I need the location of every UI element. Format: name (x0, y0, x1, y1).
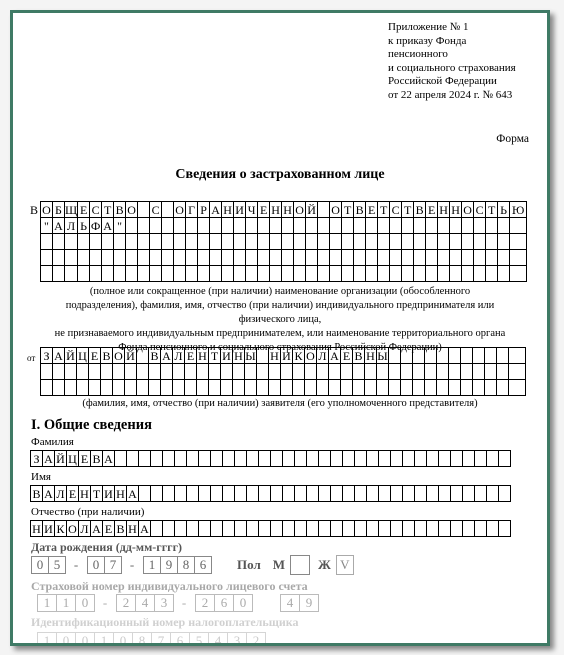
grid-cell[interactable] (162, 202, 174, 218)
grid-cell[interactable] (259, 451, 271, 467)
grid-cell[interactable]: В (114, 202, 126, 218)
grid-cell[interactable] (125, 364, 137, 380)
grid-cell[interactable] (53, 364, 65, 380)
grid-cell[interactable] (198, 266, 210, 282)
grid-cell[interactable] (269, 364, 281, 380)
grid-cell[interactable] (41, 250, 53, 266)
grid-cell[interactable] (138, 202, 150, 218)
digit-cell[interactable]: 0 (233, 594, 253, 612)
grid-cell[interactable]: В (354, 202, 366, 218)
grid-cell[interactable] (390, 266, 402, 282)
grid-cell[interactable] (281, 380, 293, 396)
grid-cell[interactable] (426, 250, 438, 266)
grid-cell[interactable] (233, 364, 245, 380)
grid-cell[interactable] (413, 364, 425, 380)
digit-cell[interactable]: 0 (75, 632, 95, 646)
grid-cell[interactable] (390, 218, 402, 234)
grid-cell[interactable] (487, 521, 499, 537)
grid-cell[interactable] (414, 250, 426, 266)
grid-cell[interactable] (329, 380, 341, 396)
grid-cell[interactable] (235, 521, 247, 537)
sex-f-checkbox[interactable]: V (336, 555, 354, 575)
grid-cell[interactable]: И (103, 486, 115, 502)
grid-cell[interactable] (366, 218, 378, 234)
grid-cell[interactable]: И (221, 348, 233, 364)
grid-cell[interactable]: В (91, 451, 103, 467)
grid-cell[interactable] (101, 380, 113, 396)
grid-cell[interactable] (473, 348, 485, 364)
grid-cell[interactable] (163, 451, 175, 467)
grid-cell[interactable] (475, 521, 487, 537)
grid-cell[interactable] (306, 234, 318, 250)
grid-cell[interactable]: Е (185, 348, 197, 364)
grid-cell[interactable] (341, 380, 353, 396)
grid-cell[interactable] (391, 451, 403, 467)
grid-cell[interactable] (210, 234, 222, 250)
digit-cell[interactable]: 6 (194, 556, 212, 574)
grid-cell[interactable] (379, 486, 391, 502)
grid-cell[interactable] (342, 234, 354, 250)
grid-cell[interactable]: Н (115, 486, 127, 502)
grid-cell[interactable]: А (43, 451, 55, 467)
grid-cell[interactable] (222, 218, 234, 234)
grid-cell[interactable] (258, 250, 270, 266)
grid-cell[interactable] (402, 234, 414, 250)
grid-cell[interactable] (78, 250, 90, 266)
grid-cell[interactable]: О (126, 202, 138, 218)
grid-cell[interactable]: Н (270, 202, 282, 218)
grid-cell[interactable] (223, 521, 235, 537)
grid-cell[interactable] (438, 250, 450, 266)
grid-cell[interactable] (210, 266, 222, 282)
grid-cell[interactable] (367, 451, 379, 467)
grid-cell[interactable]: А (53, 348, 65, 364)
grid-cell[interactable] (379, 451, 391, 467)
grid-cell[interactable] (294, 218, 306, 234)
grid-cell[interactable] (139, 486, 151, 502)
grid-cell[interactable] (485, 380, 497, 396)
grid-cell[interactable] (342, 266, 354, 282)
grid-cell[interactable] (223, 486, 235, 502)
grid-cell[interactable] (222, 250, 234, 266)
grid-cell[interactable]: В (101, 348, 113, 364)
grid-cell[interactable] (138, 234, 150, 250)
grid-cell[interactable]: А (210, 202, 222, 218)
grid-cell[interactable] (161, 364, 173, 380)
grid-cell[interactable] (139, 451, 151, 467)
grid-cell[interactable] (474, 250, 486, 266)
grid-cell[interactable] (498, 218, 510, 234)
grid-cell[interactable] (162, 218, 174, 234)
inn-field[interactable]: 100108765432 (37, 632, 265, 646)
grid-cell[interactable] (199, 521, 211, 537)
digit-cell[interactable]: 0 (113, 632, 133, 646)
grid-cell[interactable] (427, 451, 439, 467)
grid-cell[interactable] (150, 250, 162, 266)
grid-cell[interactable] (114, 250, 126, 266)
grid-cell[interactable]: К (55, 521, 67, 537)
grid-cell[interactable] (257, 364, 269, 380)
grid-cell[interactable] (187, 521, 199, 537)
snils-checksum[interactable]: 49 (280, 594, 318, 612)
grid-cell[interactable] (175, 486, 187, 502)
digit-cell[interactable]: 0 (31, 556, 49, 574)
grid-cell[interactable] (151, 521, 163, 537)
grid-cell[interactable]: В (414, 202, 426, 218)
grid-cell[interactable] (221, 380, 233, 396)
grid-cell[interactable] (175, 521, 187, 537)
grid-cell[interactable] (461, 380, 473, 396)
grid-cell[interactable]: Л (173, 348, 185, 364)
grid-cell[interactable] (162, 266, 174, 282)
grid-cell[interactable] (318, 234, 330, 250)
grid-cell[interactable] (282, 218, 294, 234)
grid-cell[interactable] (90, 250, 102, 266)
grid-cell[interactable] (462, 266, 474, 282)
grid-cell[interactable] (414, 234, 426, 250)
grid-cell[interactable] (426, 266, 438, 282)
grid-cell[interactable] (439, 451, 451, 467)
grid-cell[interactable] (127, 451, 139, 467)
grid-cell[interactable]: Н (269, 348, 281, 364)
grid-cell[interactable]: Ф (90, 218, 102, 234)
grid-cell[interactable] (391, 486, 403, 502)
grid-cell[interactable] (269, 380, 281, 396)
grid-cell[interactable] (438, 266, 450, 282)
grid-cell[interactable] (461, 364, 473, 380)
digit-cell[interactable]: 7 (151, 632, 171, 646)
grid-cell[interactable]: Л (65, 218, 78, 234)
grid-cell[interactable] (174, 218, 186, 234)
grid-cell[interactable]: Т (402, 202, 414, 218)
grid-cell[interactable] (497, 380, 509, 396)
grid-cell[interactable] (475, 486, 487, 502)
snils-part-3[interactable]: 260 (195, 594, 252, 612)
digit-cell[interactable]: 6 (214, 594, 234, 612)
grid-cell[interactable] (282, 250, 294, 266)
grid-cell[interactable] (509, 364, 526, 380)
grid-cell[interactable] (463, 451, 475, 467)
grid-cell[interactable] (53, 266, 65, 282)
grid-cell[interactable] (367, 486, 379, 502)
grid-cell[interactable] (449, 380, 461, 396)
grid-cell[interactable] (307, 486, 319, 502)
grid-cell[interactable] (65, 380, 77, 396)
grid-cell[interactable] (77, 380, 89, 396)
grid-cell[interactable]: Т (378, 202, 390, 218)
grid-cell[interactable] (305, 364, 317, 380)
grid-cell[interactable] (354, 218, 366, 234)
grid-cell[interactable] (473, 364, 485, 380)
grid-cell[interactable]: О (462, 202, 474, 218)
grid-cell[interactable] (450, 218, 462, 234)
grid-cell[interactable] (247, 521, 259, 537)
grid-cell[interactable] (306, 218, 318, 234)
grid-cell[interactable] (475, 451, 487, 467)
grid-cell[interactable] (187, 486, 199, 502)
digit-cell[interactable]: 8 (177, 556, 195, 574)
grid-cell[interactable] (294, 266, 306, 282)
snils-part-1[interactable]: 110 (37, 594, 94, 612)
grid-cell[interactable] (245, 380, 257, 396)
grid-cell[interactable] (319, 451, 331, 467)
grid-cell[interactable] (113, 380, 125, 396)
grid-cell[interactable]: Е (341, 348, 353, 364)
grid-cell[interactable] (186, 218, 198, 234)
grid-cell[interactable] (199, 451, 211, 467)
grid-cell[interactable] (282, 266, 294, 282)
grid-cell[interactable] (329, 364, 341, 380)
grid-cell[interactable] (487, 451, 499, 467)
grid-cell[interactable]: О (67, 521, 79, 537)
grid-cell[interactable] (173, 380, 185, 396)
grid-cell[interactable] (281, 364, 293, 380)
grid-cell[interactable] (487, 486, 499, 502)
grid-cell[interactable] (258, 234, 270, 250)
digit-cell[interactable]: 1 (143, 556, 161, 574)
grid-cell[interactable] (65, 364, 77, 380)
grid-cell[interactable] (151, 451, 163, 467)
grid-cell[interactable] (163, 521, 175, 537)
grid-cell[interactable] (330, 250, 342, 266)
grid-cell[interactable] (427, 521, 439, 537)
grid-cell[interactable] (390, 234, 402, 250)
grid-cell[interactable] (138, 218, 150, 234)
grid-cell[interactable] (509, 380, 526, 396)
grid-cell[interactable] (486, 250, 498, 266)
grid-cell[interactable]: Е (426, 202, 438, 218)
grid-cell[interactable] (295, 486, 307, 502)
grid-cell[interactable]: Щ (65, 202, 78, 218)
grid-cell[interactable]: О (113, 348, 125, 364)
grid-cell[interactable] (355, 521, 367, 537)
grid-cell[interactable]: И (281, 348, 293, 364)
grid-cell[interactable] (294, 234, 306, 250)
grid-cell[interactable] (271, 521, 283, 537)
applicant-grid[interactable]: ЗАЙЦЕВОЙВАЛЕНТИНЫНИКОЛАЕВНЫ (40, 347, 526, 396)
grid-cell[interactable]: С (474, 202, 486, 218)
digit-cell[interactable]: 5 (48, 556, 66, 574)
grid-cell[interactable] (378, 250, 390, 266)
grid-cell[interactable] (257, 348, 269, 364)
grid-cell[interactable]: К (293, 348, 305, 364)
digit-cell[interactable]: 1 (37, 594, 57, 612)
grid-cell[interactable] (318, 202, 330, 218)
grid-cell[interactable] (403, 521, 415, 537)
grid-cell[interactable] (295, 451, 307, 467)
grid-cell[interactable] (439, 486, 451, 502)
patronymic-field[interactable]: НИКОЛАЕВНА (30, 520, 511, 537)
sex-m-checkbox[interactable] (290, 555, 310, 575)
grid-cell[interactable] (187, 451, 199, 467)
grid-cell[interactable]: Н (222, 202, 234, 218)
grid-cell[interactable]: З (31, 451, 43, 467)
grid-cell[interactable] (186, 266, 198, 282)
grid-cell[interactable]: З (41, 348, 53, 364)
grid-cell[interactable] (402, 266, 414, 282)
grid-cell[interactable] (185, 380, 197, 396)
name-field[interactable]: ВАЛЕНТИНА (30, 485, 511, 502)
grid-cell[interactable] (186, 234, 198, 250)
grid-cell[interactable] (234, 250, 246, 266)
grid-cell[interactable] (163, 486, 175, 502)
grid-cell[interactable]: Ц (77, 348, 89, 364)
grid-cell[interactable]: Г (186, 202, 198, 218)
grid-cell[interactable]: Н (79, 486, 91, 502)
grid-cell[interactable] (498, 266, 510, 282)
digit-cell[interactable]: 6 (170, 632, 190, 646)
grid-cell[interactable] (270, 250, 282, 266)
grid-cell[interactable] (78, 234, 90, 250)
grid-cell[interactable] (102, 266, 114, 282)
grid-cell[interactable]: О (330, 202, 342, 218)
grid-cell[interactable] (451, 451, 463, 467)
grid-cell[interactable] (415, 521, 427, 537)
digit-cell[interactable]: 1 (94, 632, 114, 646)
grid-cell[interactable] (115, 451, 127, 467)
grid-cell[interactable]: Н (127, 521, 139, 537)
grid-cell[interactable] (197, 380, 209, 396)
grid-cell[interactable]: Н (282, 202, 294, 218)
grid-cell[interactable] (389, 380, 401, 396)
grid-cell[interactable] (499, 521, 511, 537)
digit-cell[interactable]: 0 (87, 556, 105, 574)
grid-cell[interactable]: И (234, 202, 246, 218)
grid-cell[interactable]: В (31, 486, 43, 502)
digit-cell[interactable]: 7 (104, 556, 122, 574)
grid-cell[interactable] (307, 521, 319, 537)
grid-cell[interactable]: Е (258, 202, 270, 218)
grid-cell[interactable] (437, 364, 449, 380)
grid-cell[interactable]: Л (55, 486, 67, 502)
grid-cell[interactable]: А (91, 521, 103, 537)
grid-cell[interactable]: А (43, 486, 55, 502)
grid-cell[interactable]: А (53, 218, 65, 234)
snils-part-2[interactable]: 243 (116, 594, 173, 612)
grid-cell[interactable] (389, 348, 401, 364)
grid-cell[interactable] (390, 250, 402, 266)
grid-cell[interactable] (306, 250, 318, 266)
grid-cell[interactable]: А (102, 218, 114, 234)
grid-cell[interactable]: " (41, 218, 53, 234)
grid-cell[interactable] (149, 380, 161, 396)
grid-cell[interactable] (151, 486, 163, 502)
grid-cell[interactable] (437, 348, 449, 364)
grid-cell[interactable] (343, 521, 355, 537)
grid-cell[interactable] (343, 486, 355, 502)
digit-cell[interactable]: 4 (208, 632, 228, 646)
grid-cell[interactable] (379, 521, 391, 537)
grid-cell[interactable] (246, 218, 258, 234)
grid-cell[interactable] (449, 348, 461, 364)
grid-cell[interactable] (138, 250, 150, 266)
grid-cell[interactable] (53, 250, 65, 266)
grid-cell[interactable] (174, 250, 186, 266)
grid-cell[interactable] (355, 486, 367, 502)
grid-cell[interactable] (246, 250, 258, 266)
grid-cell[interactable]: Т (486, 202, 498, 218)
grid-cell[interactable] (197, 364, 209, 380)
digit-cell[interactable]: 3 (154, 594, 174, 612)
grid-cell[interactable] (211, 486, 223, 502)
grid-cell[interactable] (426, 234, 438, 250)
grid-cell[interactable] (438, 234, 450, 250)
grid-cell[interactable] (425, 364, 437, 380)
grid-cell[interactable] (403, 486, 415, 502)
grid-cell[interactable] (161, 380, 173, 396)
grid-cell[interactable] (90, 234, 102, 250)
grid-cell[interactable] (319, 521, 331, 537)
grid-cell[interactable] (294, 250, 306, 266)
grid-cell[interactable]: Е (67, 486, 79, 502)
grid-cell[interactable]: О (305, 348, 317, 364)
grid-cell[interactable] (402, 218, 414, 234)
grid-cell[interactable] (89, 380, 101, 396)
grid-cell[interactable] (330, 266, 342, 282)
grid-cell[interactable] (126, 218, 138, 234)
grid-cell[interactable] (114, 234, 126, 250)
grid-cell[interactable]: С (90, 202, 102, 218)
digit-cell[interactable]: 2 (116, 594, 136, 612)
digit-cell[interactable]: 8 (132, 632, 152, 646)
grid-cell[interactable] (353, 380, 365, 396)
grid-cell[interactable] (162, 250, 174, 266)
grid-cell[interactable] (198, 234, 210, 250)
grid-cell[interactable] (222, 266, 234, 282)
grid-cell[interactable] (53, 380, 65, 396)
grid-cell[interactable] (462, 234, 474, 250)
grid-cell[interactable] (65, 250, 78, 266)
digit-cell[interactable]: 1 (56, 594, 76, 612)
grid-cell[interactable]: Т (91, 486, 103, 502)
grid-cell[interactable] (473, 380, 485, 396)
grid-cell[interactable] (414, 266, 426, 282)
grid-cell[interactable] (425, 348, 437, 364)
grid-cell[interactable] (137, 364, 149, 380)
grid-cell[interactable] (463, 521, 475, 537)
grid-cell[interactable] (354, 250, 366, 266)
grid-cell[interactable] (474, 234, 486, 250)
grid-cell[interactable] (377, 380, 389, 396)
grid-cell[interactable] (497, 364, 509, 380)
grid-cell[interactable]: Й (55, 451, 67, 467)
birth-month-field[interactable]: 07 (87, 556, 121, 574)
grid-cell[interactable] (461, 348, 473, 364)
grid-cell[interactable] (101, 364, 113, 380)
grid-cell[interactable]: Й (65, 348, 77, 364)
grid-cell[interactable] (366, 266, 378, 282)
grid-cell[interactable] (402, 250, 414, 266)
grid-cell[interactable] (510, 234, 527, 250)
grid-cell[interactable]: Е (78, 202, 90, 218)
recipient-grid[interactable]: ОБЩЕСТВОСОГРАНИЧЕННОЙОТВЕТСТВЕННОСТЬЮ"АЛ… (40, 201, 527, 282)
grid-cell[interactable]: А (103, 451, 115, 467)
grid-cell[interactable] (449, 364, 461, 380)
grid-cell[interactable] (413, 380, 425, 396)
grid-cell[interactable] (401, 348, 413, 364)
grid-cell[interactable] (414, 218, 426, 234)
grid-cell[interactable] (425, 380, 437, 396)
grid-cell[interactable] (353, 364, 365, 380)
grid-cell[interactable]: А (127, 486, 139, 502)
grid-cell[interactable]: Н (233, 348, 245, 364)
grid-cell[interactable]: Л (317, 348, 329, 364)
grid-cell[interactable]: Ч (246, 202, 258, 218)
grid-cell[interactable] (282, 234, 294, 250)
grid-cell[interactable] (499, 451, 511, 467)
grid-cell[interactable]: Р (198, 202, 210, 218)
grid-cell[interactable] (283, 486, 295, 502)
